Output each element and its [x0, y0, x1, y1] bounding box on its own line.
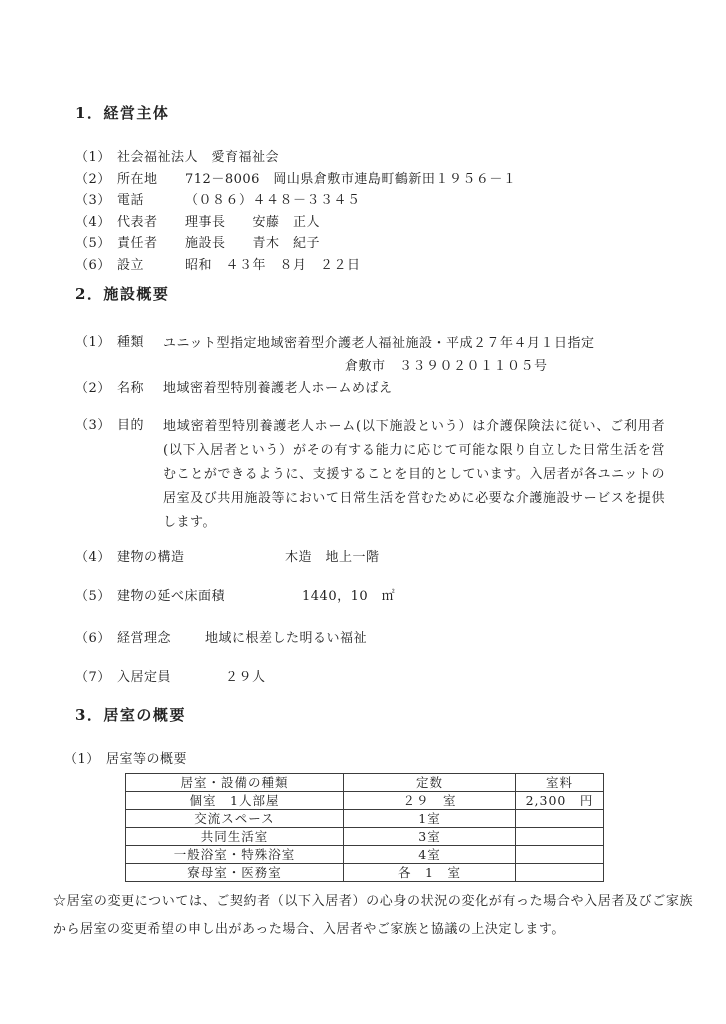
item-number: （2）: [75, 378, 117, 400]
phone-row: （3） 電話 （０８６）４４８－３３４５: [75, 190, 678, 212]
address-row: （2） 所在地 712－8006 岡山県倉敷市連島町鶴新田１９５６－１: [75, 169, 678, 191]
representative-row: （4） 代表者 理事長 安藤 正人: [75, 212, 678, 234]
table-cell: [516, 846, 604, 864]
floor-area-value: 1440，10 ㎡: [302, 586, 395, 608]
table-cell: [516, 828, 604, 846]
rooms-table: 居室・設備の種類 定数 室料 個室 1人部屋 ２９ 室 2,300 円 交流スペ…: [125, 773, 604, 882]
section2-heading: 2．施設概要: [75, 284, 678, 304]
table-cell: 1室: [344, 810, 516, 828]
table-cell: [516, 810, 604, 828]
philosophy-label: 経営理念: [117, 628, 205, 650]
capacity-value: ２９人: [225, 667, 266, 689]
founded-row: （6） 設立 昭和 ４３年 ８月 ２２日: [75, 255, 678, 277]
table-row: 一般浴室・特殊浴室 4室: [126, 846, 604, 864]
section1-heading: 1．経営主体: [75, 103, 678, 123]
manager-value: 施設長 青木 紀子: [185, 233, 320, 255]
structure-row: （4） 建物の構造 木造 地上一階: [75, 547, 678, 569]
document-page: 1．経営主体 （1） 社会福祉法人 愛育福祉会 （2） 所在地 712－8006…: [0, 0, 726, 1024]
table-cell: 各 1 室: [344, 864, 516, 882]
facility-type-label: 種類: [117, 332, 163, 354]
footnote: ☆居室の変更については、ご契約者（以下入居者）の心身の状況の変化が有った場合や入…: [53, 888, 693, 944]
manager-row: （5） 責任者 施設長 青木 紀子: [75, 233, 678, 255]
structure-value: 木造 地上一階: [285, 547, 380, 569]
floor-area-row: （5） 建物の延べ床面積 1440，10 ㎡: [75, 586, 678, 608]
facility-type-line2: 倉敷市 ３３９０２０１１０５号: [163, 355, 594, 378]
item-number: （7）: [75, 667, 117, 689]
item-number: （3）: [75, 190, 117, 212]
table-cell: ２９ 室: [344, 792, 516, 810]
table-row: 共同生活室 3室: [126, 828, 604, 846]
table-cell: 交流スペース: [126, 810, 344, 828]
address-label: 所在地: [117, 169, 185, 191]
table-cell: 寮母室・医務室: [126, 864, 344, 882]
item-number: （1）: [75, 147, 117, 169]
founded-label: 設立: [117, 255, 185, 277]
item-number: （2）: [75, 169, 117, 191]
section3-heading: 3．居室の概要: [75, 705, 678, 725]
rooms-overview-label: 居室等の概要: [106, 749, 187, 771]
structure-label: 建物の構造: [117, 547, 285, 569]
item-number: （5）: [75, 233, 117, 255]
manager-label: 責任者: [117, 233, 185, 255]
facility-name-value: 地域密着型特別養護老人ホームめばえ: [163, 378, 393, 400]
corporation-name: 社会福祉法人 愛育福祉会: [117, 147, 279, 169]
facility-name-row: （2） 名称 地域密着型特別養護老人ホームめばえ: [75, 378, 678, 400]
facility-name-label: 名称: [117, 378, 163, 400]
purpose-text: 地域密着型特別養護老人ホーム(以下施設という）は介護保険法に従い、ご利用者(以下…: [163, 415, 665, 535]
table-row: 個室 1人部屋 ２９ 室 2,300 円: [126, 792, 604, 810]
table-cell: [516, 864, 604, 882]
item-number: （3）: [75, 415, 117, 437]
table-cell: 一般浴室・特殊浴室: [126, 846, 344, 864]
capacity-label: 入居定員: [117, 667, 225, 689]
table-cell: 3室: [344, 828, 516, 846]
philosophy-row: （6） 経営理念 地域に根差した明るい福祉: [75, 628, 678, 650]
table-header-row: 居室・設備の種類 定数 室料: [126, 774, 604, 792]
capacity-row: （7） 入居定員 ２９人: [75, 667, 678, 689]
phone-value: （０８６）４４８－３３４５: [185, 190, 361, 212]
item-number: （4）: [75, 547, 117, 569]
room-fee-header: 室料: [516, 774, 604, 792]
item-number: （6）: [75, 255, 117, 277]
address-value: 712－8006 岡山県倉敷市連島町鶴新田１９５６－１: [185, 169, 516, 191]
table-row: 寮母室・医務室 各 1 室: [126, 864, 604, 882]
item-number: （4）: [75, 212, 117, 234]
corporation-row: （1） 社会福祉法人 愛育福祉会: [75, 147, 678, 169]
representative-value: 理事長 安藤 正人: [185, 212, 320, 234]
table-cell: 4室: [344, 846, 516, 864]
item-number: （1）: [64, 749, 106, 771]
representative-label: 代表者: [117, 212, 185, 234]
table-row: 交流スペース 1室: [126, 810, 604, 828]
room-type-header: 居室・設備の種類: [126, 774, 344, 792]
facility-type-row: （1） 種類 ユニット型指定地域密着型介護老人福祉施設・平成２７年４月１日指定 …: [75, 332, 678, 378]
purpose-label: 目的: [117, 415, 163, 437]
item-number: （5）: [75, 586, 117, 608]
floor-area-label: 建物の延べ床面積: [117, 586, 302, 608]
facility-type-line1: ユニット型指定地域密着型介護老人福祉施設・平成２７年４月１日指定: [163, 332, 594, 355]
table-cell: 共同生活室: [126, 828, 344, 846]
phone-label: 電話: [117, 190, 185, 212]
purpose-row: （3） 目的 地域密着型特別養護老人ホーム(以下施設という）は介護保険法に従い、…: [75, 415, 678, 535]
item-number: （1）: [75, 332, 117, 354]
rooms-overview-subheading: （1） 居室等の概要: [64, 749, 678, 771]
philosophy-value: 地域に根差した明るい福祉: [205, 628, 367, 650]
quantity-header: 定数: [344, 774, 516, 792]
item-number: （6）: [75, 628, 117, 650]
founded-value: 昭和 ４３年 ８月 ２２日: [185, 255, 361, 277]
section1-items: （1） 社会福祉法人 愛育福祉会 （2） 所在地 712－8006 岡山県倉敷市…: [75, 147, 678, 276]
facility-type-value: ユニット型指定地域密着型介護老人福祉施設・平成２７年４月１日指定 倉敷市 ３３９…: [163, 332, 594, 378]
table-cell: 2,300 円: [516, 792, 604, 810]
table-cell: 個室 1人部屋: [126, 792, 344, 810]
